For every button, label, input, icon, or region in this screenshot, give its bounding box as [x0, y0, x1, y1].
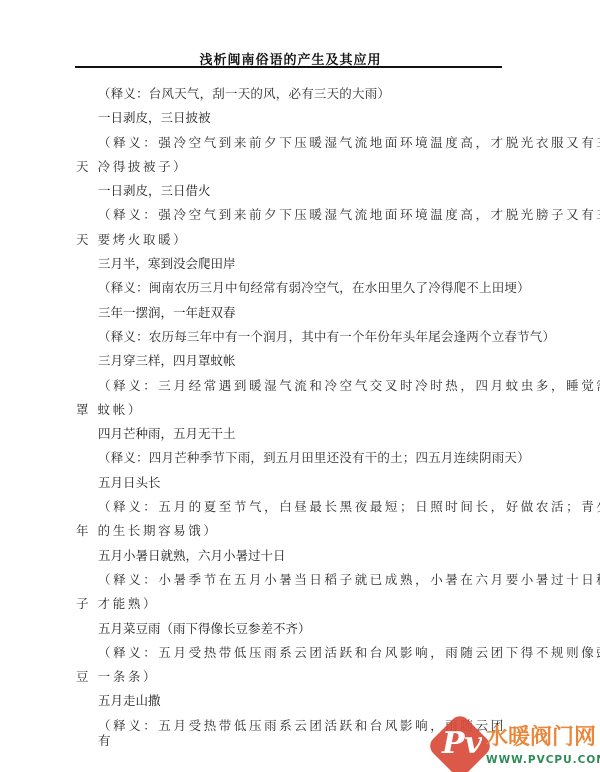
proverb-line: 一日剥皮，三日披被	[76, 110, 516, 126]
proverb-line: 五月走山撒	[76, 693, 516, 709]
watermark-site-name: 水暖阀门网	[486, 726, 596, 750]
explanation-continuation: 罩 蚊帐）	[76, 402, 516, 418]
proverb-line: 五月菜豆雨（雨下得像长豆参差不齐）	[76, 621, 516, 637]
document-title: 浅析闽南俗语的产生及其应用	[199, 53, 381, 68]
explanation-continuation: 豆 一条条）	[76, 669, 516, 685]
explanation-line: （释义：五月的夏至节气，白昼最长黑夜最短；日照时间长，好做农活；青少	[76, 499, 516, 515]
explanation-line: （释义：闽南农历三月中旬经常有弱冷空气，在水田里久了冷得爬不上田埂）	[76, 280, 516, 296]
proverb-line: 三月半，寒到没会爬田岸	[76, 256, 516, 272]
watermark-badge-letter: Pv	[442, 724, 482, 764]
watermark-url: WWW.PVCPU.COM	[486, 754, 600, 766]
proverb-line: 五月日头长	[76, 475, 516, 491]
explanation-continuation: 年 的生长期容易饿）	[76, 523, 516, 539]
explanation-line: （释义：农历每三年中有一个润月，其中有一个年份年头年尾会逢两个立春节气）	[76, 329, 516, 345]
proverb-line: 三月穿三样，四月罩蚊帐	[76, 353, 516, 369]
explanation-line: （释义：四月芒种季节下雨，到五月田里还没有干的土；四五月连续阴雨天）	[76, 450, 516, 466]
explanation-line: （释义：台风天气，刮一天的风，必有三天的大雨）	[76, 86, 516, 102]
explanation-line: （释义：强冷空气到来前夕下压暖湿气流地面环境温度高，才脱光衣服又有三	[76, 135, 516, 151]
page-header: 浅析闽南俗语的产生及其应用	[75, 49, 502, 68]
explanation-continuation: 天 要烤火取暖）	[76, 232, 516, 248]
proverb-line: 一日剥皮，三日借火	[76, 183, 516, 199]
proverb-line: 三年一摆润，一年赶双春	[76, 305, 516, 321]
explanation-continuation: 天 冷得披被子）	[76, 159, 516, 175]
proverb-line: 四月芒种雨，五月无干土	[76, 426, 516, 442]
site-watermark: Pv 水暖阀门网 WWW.PVCPU.COM	[436, 712, 600, 772]
explanation-line: （释义：小暑季节在五月小暑当日稻子就已成熟，小暑在六月要小暑过十日稻	[76, 572, 516, 588]
document-page: 浅析闽南俗语的产生及其应用 （释义：台风天气，刮一天的风，必有三天的大雨） 一日…	[0, 0, 600, 772]
document-body: （释义：台风天气，刮一天的风，必有三天的大雨） 一日剥皮，三日披被 （释义：强冷…	[76, 86, 516, 757]
explanation-line: （释义：强冷空气到来前夕下压暖湿气流地面环境温度高，才脱光膀子又有三	[76, 207, 516, 223]
explanation-continuation: 子 才能熟）	[76, 596, 516, 612]
explanation-line: （释义：五月受热带低压雨系云团活跃和台风影响，雨随云团下得不规则像豇	[76, 645, 516, 661]
proverb-line: 五月小暑日就熟，六月小暑过十日	[76, 548, 516, 564]
explanation-line: （释义：三月经常遇到暖湿气流和冷空气交叉时冷时热，四月蚊虫多，睡觉需	[76, 378, 516, 394]
